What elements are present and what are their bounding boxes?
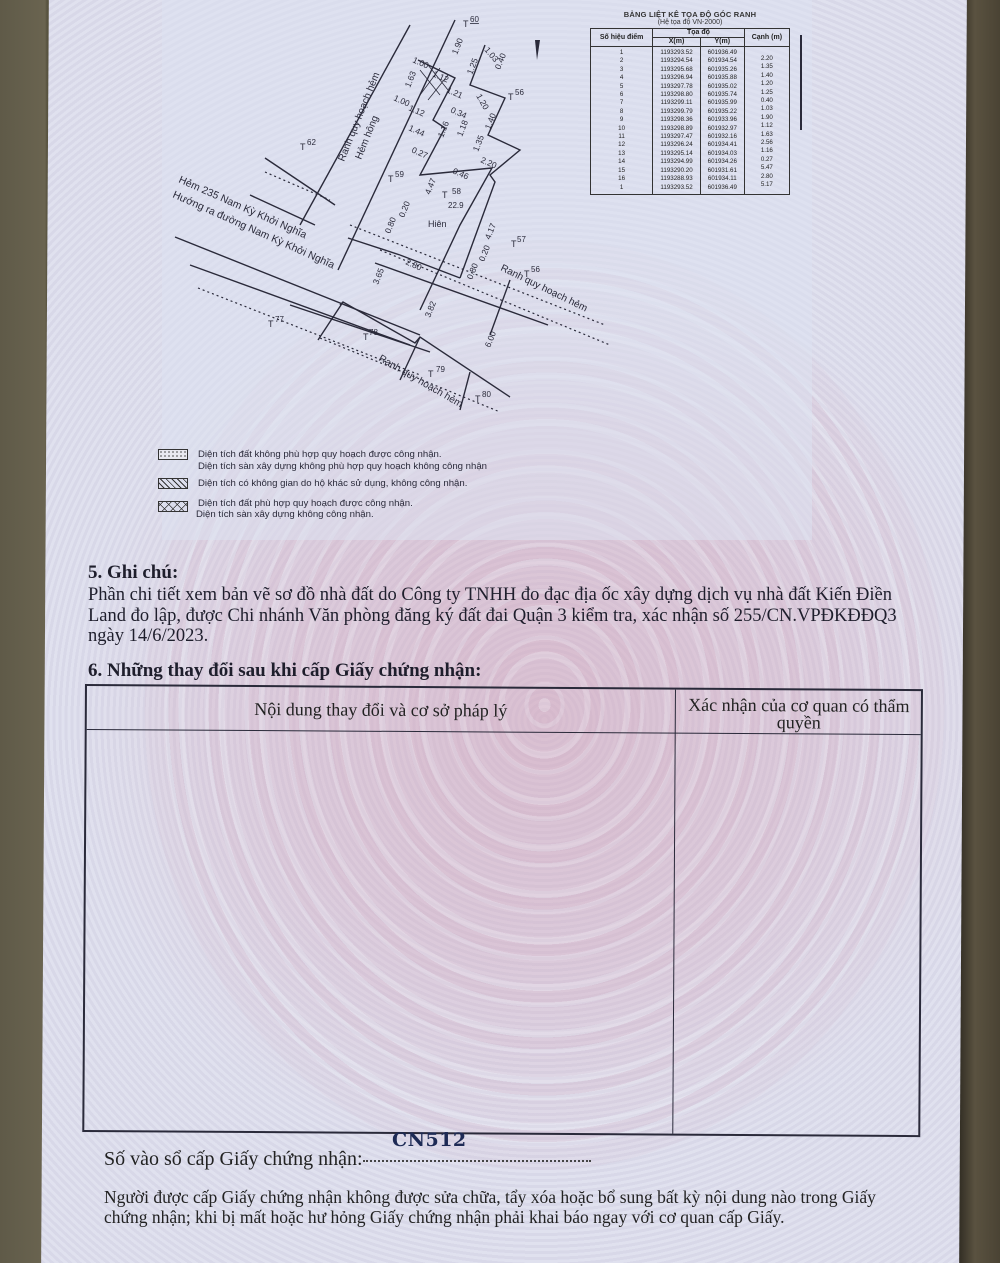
header-y: Y(m) [700,38,744,47]
map-legend: Diện tích đất không phù hợp quy hoạch đư… [158,449,487,521]
coord-cell-edge: 1.20 [747,80,787,88]
svg-text:0.27: 0.27 [410,145,429,161]
planning-line-label-3: Ranh quy hoạch hẻm [377,353,465,410]
section-5-note: Phần chi tiết xem bản vẽ sơ đồ nhà đất d… [88,585,928,647]
svg-text:T: T [442,190,448,200]
column-y-values: 601936.49601934.54601935.26601935.886019… [700,47,744,195]
coord-cell-x: 1193298.89 [655,125,698,133]
coord-cell-point: 1 [593,49,650,57]
coord-cell-edge: 1.16 [747,147,787,155]
section-6-heading: 6. Những thay đổi sau khi cấp Giấy chứng… [88,660,481,682]
svg-text:60: 60 [470,15,479,24]
column-divider [672,690,676,1134]
dots-pattern-icon [158,449,188,460]
svg-text:56: 56 [515,88,524,97]
coord-cell-point: 2 [593,57,650,65]
coord-cell-x: 1193299.79 [655,108,698,116]
coord-cell-y: 601932.16 [703,133,742,141]
legend-text: Diện tích có không gian do hộ khác sử dụ… [198,478,487,490]
svg-text:1.20: 1.20 [474,92,491,112]
svg-text:T: T [268,319,274,329]
confirmation-column-header: Xác nhận của cơ quan có thẩm quyền [677,697,921,732]
coord-cell-x: 1193298.80 [655,91,698,99]
header-edge: Cạnh (m) [744,29,789,47]
svg-text:1.12: 1.12 [431,69,450,85]
header-coords: Tọa độ [653,29,745,38]
coord-cell-point: 8 [593,108,650,116]
svg-text:1.44: 1.44 [407,123,426,139]
coord-cell-edge: 1.63 [747,131,787,139]
svg-text:79: 79 [436,365,445,374]
section-5-heading: 5. Ghi chú: [88,562,178,584]
coord-cell-x: 1193297.78 [655,83,698,91]
coord-cell-y: 601934.26 [703,158,742,166]
registry-label: Số vào sổ cấp Giấy chứng nhận: [104,1148,363,1170]
coord-cell-y: 601934.03 [703,150,742,158]
coordinate-table: BẢNG LIỆT KÊ TỌA ĐỘ GÓC RANH (Hệ tọa độ … [590,10,790,195]
porch-label: Hiên [428,219,447,229]
coord-cell-edge: 1.25 [747,89,787,97]
legend-text: Diện tích sàn xây dựng không phù hợp quy… [198,461,487,473]
legend-item-crosshatch: Diện tích đất phù hợp quy hoạch được côn… [158,498,487,521]
coord-cell-y: 601932.97 [703,125,742,133]
svg-text:0.34: 0.34 [449,105,468,121]
site-plan-diagram: T60 T56 T62 T59 T58 22.9 T57 T56 T77 T78… [0,0,1000,560]
crosshatch-pattern-icon [158,501,188,512]
coord-cell-edge: 0.40 [747,97,787,105]
svg-text:57: 57 [517,235,526,244]
svg-text:T: T [388,174,394,184]
legend-text: Diện tích đất không phù hợp quy hoạch đư… [198,449,487,461]
coord-cell-x: 1193294.54 [655,57,698,65]
coord-cell-edge: 1.03 [747,105,787,113]
coord-cell-edge: 1.35 [747,63,787,71]
coord-cell-y: 601933.96 [703,116,742,124]
svg-text:0.20: 0.20 [397,199,413,218]
coord-cell-edge: 2.56 [747,139,787,147]
svg-text:1.18: 1.18 [455,118,471,137]
svg-text:0.46: 0.46 [451,166,470,182]
coord-cell-x: 1193295.68 [655,66,698,74]
coord-cell-x: 1193297.47 [655,133,698,141]
coord-cell-point: 9 [593,116,650,124]
svg-text:1.90: 1.90 [450,36,466,55]
svg-text:4.47: 4.47 [423,176,439,195]
svg-text:4.17: 4.17 [483,221,499,240]
coord-cell-y: 601931.61 [703,167,742,175]
svg-text:T: T [428,369,434,379]
coord-cell-edge: 5.17 [747,181,787,189]
svg-text:1.35: 1.35 [471,133,487,152]
coord-cell-point: 1 [593,184,650,192]
coord-cell-x: 1193299.11 [655,99,698,107]
svg-text:80: 80 [482,390,491,399]
coord-cell-y: 601934.54 [703,57,742,65]
planning-line-label-2: Ranh quy hoạch hẻm [499,263,589,315]
coord-cell-edge: 2.20 [747,55,787,63]
coord-cell-point: 5 [593,83,650,91]
legend-item-hatch: Diện tích có không gian do hộ khác sử dụ… [158,478,487,490]
coord-cell-y: 601935.88 [703,74,742,82]
coord-cell-edge: 1.12 [747,122,787,130]
svg-text:77: 77 [275,315,284,324]
column-x-values: 1193293.521193294.541193295.681193296.94… [653,47,701,195]
svg-text:0.80: 0.80 [465,261,481,280]
parcel-58-area: 22.9 [448,201,464,210]
coord-cell-x: 1193293.52 [655,184,698,192]
direction-label: Hướng ra đường Nam Kỳ Khởi Nghĩa [171,189,337,272]
svg-text:2.80: 2.80 [404,257,423,273]
coord-cell-x: 1193294.99 [655,158,698,166]
coord-cell-y: 601934.11 [703,175,742,183]
svg-text:6.00: 6.00 [483,329,499,348]
coord-cell-point: 13 [593,150,650,158]
coord-cell-y: 601934.41 [703,141,742,149]
coord-cell-edge: 5.47 [747,164,787,172]
svg-text:1.16: 1.16 [436,119,452,138]
coord-cell-x: 1193296.94 [655,74,698,82]
column-point-ids: 123456789101112131415161 [591,47,653,195]
svg-text:56: 56 [531,265,540,274]
registry-dotted-line [363,1160,591,1162]
coord-cell-point: 14 [593,158,650,166]
coord-cell-x: 1193295.14 [655,150,698,158]
coord-cell-x: 1193293.52 [655,49,698,57]
coordinate-table-subtitle: (Hệ tọa độ VN-2000) [590,19,790,26]
header-point: Số hiệu điểm [591,29,653,47]
coord-cell-y: 601935.99 [703,99,742,107]
changes-column-header: Nội dung thay đổi và cơ sở pháp lý [87,698,675,723]
legend-item-dots: Diện tích đất không phù hợp quy hoạch đư… [158,449,487,472]
coord-cell-x: 1193298.36 [655,116,698,124]
hatch-pattern-icon [158,478,188,489]
coord-cell-y: 601936.49 [703,49,742,57]
legend-text: Diện tích đất phù hợp quy hoạch được côn… [198,498,487,510]
coord-cell-point: 15 [593,167,650,175]
svg-text:1.00: 1.00 [411,55,430,71]
coord-cell-edge: 1.40 [747,72,787,80]
svg-text:3.65: 3.65 [371,266,387,285]
coord-cell-y: 601935.26 [703,66,742,74]
coord-cell-point: 4 [593,74,650,82]
svg-text:1.21: 1.21 [445,85,464,101]
svg-text:78: 78 [369,328,378,337]
svg-text:1.40: 1.40 [483,111,499,130]
column-edge-values: 2.201.351.401.201.250.401.031.901.121.63… [744,47,789,195]
svg-text:T: T [475,394,481,404]
svg-text:T: T [508,92,514,102]
svg-text:T: T [463,19,469,29]
coord-cell-x: 1193288.93 [655,175,698,183]
svg-text:1.63: 1.63 [403,69,419,88]
coord-cell-point: 6 [593,91,650,99]
coord-cell-point: 7 [593,99,650,107]
svg-text:3.82: 3.82 [423,299,439,318]
svg-text:0.20: 0.20 [477,243,493,262]
svg-text:0.80: 0.80 [383,215,399,234]
coord-cell-x: 1193290.20 [655,167,698,175]
legend-text: Diện tích sàn xây dựng không công nhận. [196,509,487,521]
coord-cell-point: 11 [593,133,650,141]
coord-cell-y: 601936.49 [703,184,742,192]
coord-cell-point: 16 [593,175,650,183]
coord-cell-point: 3 [593,66,650,74]
certificate-warning: Người được cấp Giấy chứng nhận không đượ… [104,1187,894,1227]
coord-cell-edge: 1.90 [747,114,787,122]
coordinate-table-title: BẢNG LIỆT KÊ TỌA ĐỘ GÓC RANH [590,10,790,19]
svg-text:T: T [300,142,306,152]
svg-text:58: 58 [452,187,461,196]
coord-cell-edge: 2.80 [747,173,787,181]
coord-cell-edge: 0.27 [747,156,787,164]
svg-text:59: 59 [395,170,404,179]
changes-table: Nội dung thay đổi và cơ sở pháp lý Xác n… [82,684,923,1137]
coord-cell-y: 601935.02 [703,83,742,91]
header-x: X(m) [653,38,701,47]
coord-cell-point: 10 [593,125,650,133]
svg-text:62: 62 [307,138,316,147]
coord-cell-point: 12 [593,141,650,149]
coord-cell-y: 601935.74 [703,91,742,99]
coord-cell-y: 601935.22 [703,108,742,116]
coord-cell-x: 1193296.24 [655,141,698,149]
registry-line: Số vào sổ cấp Giấy chứng nhận: [104,1148,591,1171]
